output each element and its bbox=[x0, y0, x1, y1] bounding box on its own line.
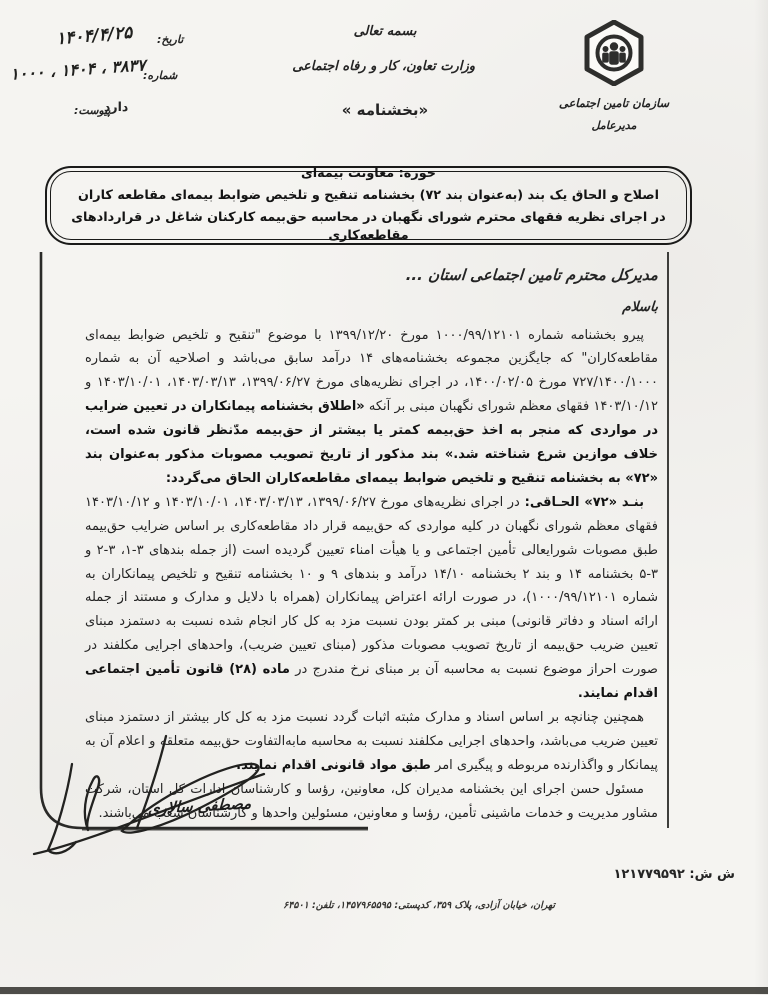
scanned-circular-page: سازمان تامین اجتماعی مدیرعامل بسمه تعالی… bbox=[0, 0, 768, 995]
subject-box: حوزه: معاونت بیمه‌ای اصلاح و الحاق یک بن… bbox=[45, 166, 692, 245]
number-value-handwritten: ۱۰۰۰ ، ۱۴۰۴ ، ۳۸۳۷ bbox=[10, 55, 147, 83]
letter-body: مدیرکل محترم تامین اجتماعی استان ... باس… bbox=[85, 266, 658, 826]
subject-box-inner: حوزه: معاونت بیمه‌ای اصلاح و الحاق یک بن… bbox=[50, 171, 687, 240]
salutation: مدیرکل محترم تامین اجتماعی استان ... bbox=[84, 266, 658, 286]
body-paragraphs: پیرو بخشنامه شماره ۱۰۰۰/۹۹/۱۲۱۰۱ مورخ ۱۳… bbox=[85, 324, 658, 826]
attachment-value: دارد bbox=[104, 99, 128, 114]
sso-emblem-icon bbox=[549, 20, 679, 86]
org-address: تهران، خیابان آزادی، پلاک ۳۵۹، کدپستی: ۱… bbox=[300, 900, 555, 911]
paragraph: پیرو بخشنامه شماره ۱۰۰۰/۹۹/۱۲۱۰۱ مورخ ۱۳… bbox=[85, 324, 658, 491]
subject-line-title: اصلاح و الحاق یک بند (به‌عنوان بند ۷۲) ب… bbox=[51, 187, 686, 206]
bismillah-text: بسمه تعالی bbox=[295, 24, 475, 39]
ministry-name: وزارت تعاون، کار و رفاه اجتماعی bbox=[295, 59, 475, 74]
date-label: تاریخ: bbox=[157, 33, 183, 46]
subject-line-subtitle: در اجرای نظریه فقهای محترم شورای نگهبان … bbox=[51, 209, 686, 246]
date-value-handwritten: ۱۴۰۴/۴/۲۵ bbox=[55, 23, 133, 50]
reference-number: ش ش: ۱۲۱۷۷۹۵۹۲ bbox=[613, 867, 735, 882]
paragraph: بنـد «۷۲» الحـاقی: در اجرای نظریه‌های مو… bbox=[85, 491, 658, 706]
scan-edge-artifact bbox=[0, 987, 768, 994]
org-name: سازمان تامین اجتماعی bbox=[549, 96, 679, 110]
org-role: مدیرعامل bbox=[549, 119, 679, 132]
number-label: شماره: bbox=[143, 69, 177, 82]
reference-number-value: ۱۲۱۷۷۹۵۹۲ bbox=[613, 867, 684, 882]
paragraph: همچنین چنانچه بر اساس اسناد و مدارک مثبت… bbox=[85, 706, 658, 778]
document-type-title: «بخشنامه » bbox=[295, 101, 475, 119]
reference-number-label: ش ش: bbox=[689, 867, 735, 882]
subject-line-domain: حوزه: معاونت بیمه‌ای bbox=[51, 165, 686, 184]
org-letterhead-block: سازمان تامین اجتماعی مدیرعامل bbox=[549, 20, 679, 132]
letterhead-center: بسمه تعالی وزارت تعاون، کار و رفاه اجتما… bbox=[295, 24, 475, 119]
greeting: باسلام bbox=[84, 299, 658, 315]
